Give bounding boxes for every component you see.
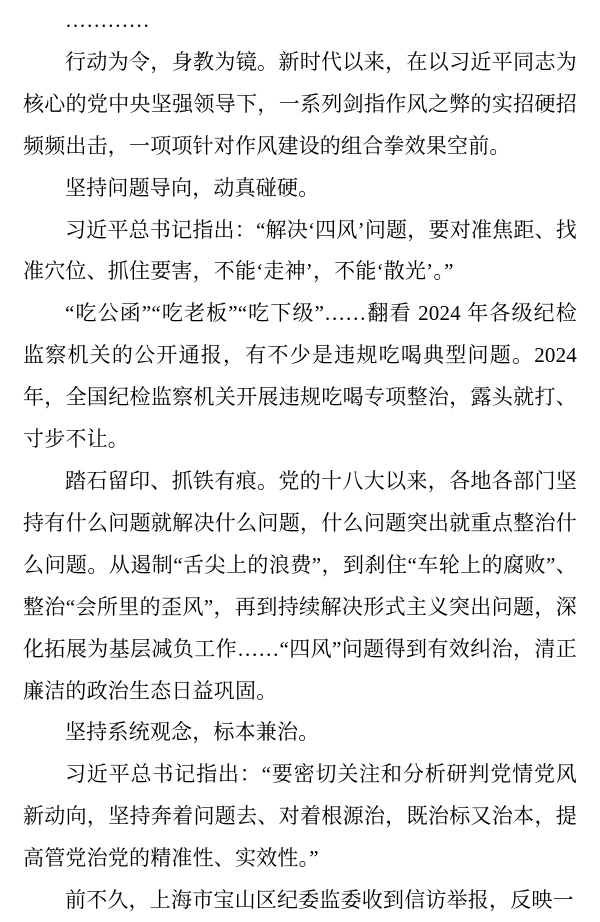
paragraph: “吃公函”“吃老板”“吃下级”……翻看 2024 年各级纪检监察机关的公开通报，… bbox=[23, 293, 577, 461]
paragraph: 坚持问题导向，动真碰硬。 bbox=[23, 168, 577, 210]
document-page: …………行动为令，身教为镜。新时代以来，在以习近平同志为核心的党中央坚强领导下，… bbox=[0, 0, 600, 922]
paragraph: 坚持系统观念，标本兼治。 bbox=[23, 712, 577, 754]
paragraph: ………… bbox=[23, 0, 577, 42]
paragraph: 习近平总书记指出：“解决‘四风’问题，要对准焦距、找准穴位、抓住要害，不能‘走神… bbox=[23, 210, 577, 294]
document-body: …………行动为令，身教为镜。新时代以来，在以习近平同志为核心的党中央坚强领导下，… bbox=[23, 0, 577, 922]
paragraph: 前不久，上海市宝山区纪委监委收到信访举报，反映一 bbox=[23, 880, 577, 922]
paragraph: 习近平总书记指出：“要密切关注和分析研判党情党风新动向，坚持奔着问题去、对着根源… bbox=[23, 754, 577, 880]
paragraph: 踏石留印、抓铁有痕。党的十八大以来，各地各部门坚持有什么问题就解决什么问题，什么… bbox=[23, 461, 577, 712]
paragraph: 行动为令，身教为镜。新时代以来，在以习近平同志为核心的党中央坚强领导下，一系列剑… bbox=[23, 42, 577, 168]
